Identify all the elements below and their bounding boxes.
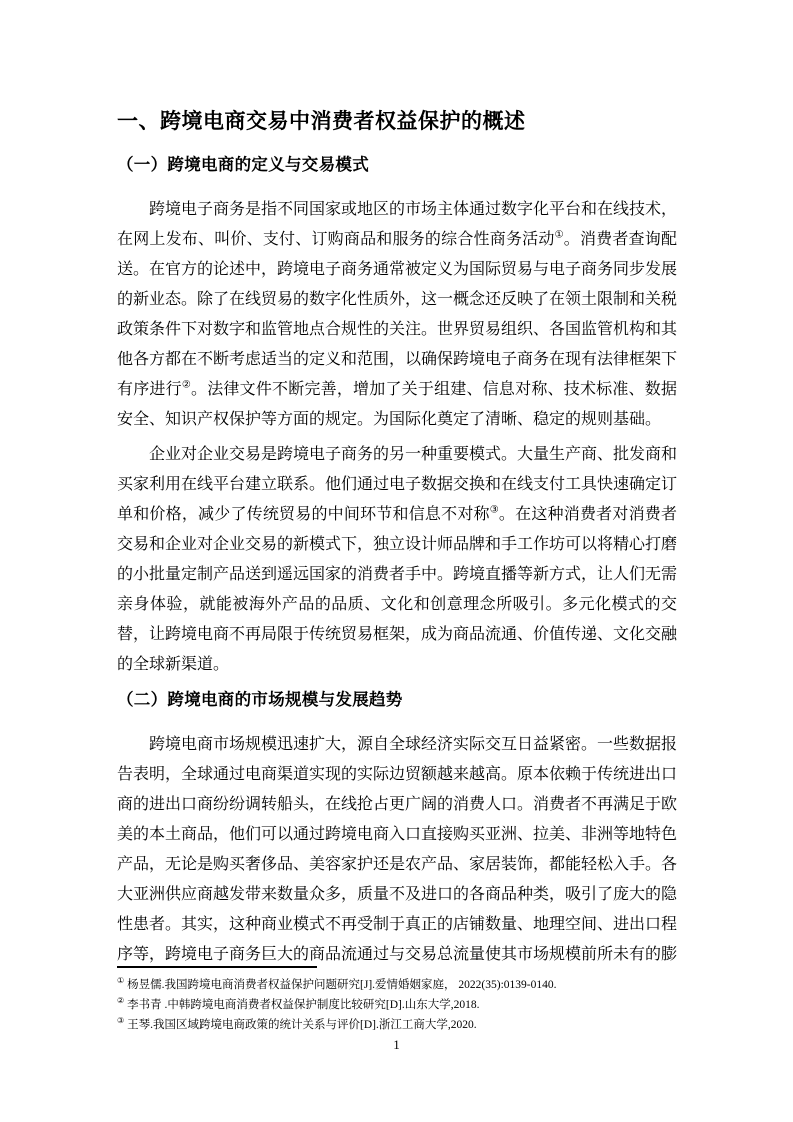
section-heading: （二）跨境电商的市场规模与发展趋势 (117, 689, 677, 712)
footnote-item: ②李书青 .中韩跨境电商消费者权益保护制度比较研究[D].山东大学,2018. (117, 995, 677, 1015)
document-page: 一、跨境电商交易中消费者权益保护的概述 （一）跨境电商的定义与交易模式跨境电子商… (0, 0, 793, 1122)
section-heading: （一）跨境电商的定义与交易模式 (117, 154, 677, 177)
body-paragraph: 企业对企业交易是跨境电子商务的另一种重要模式。大量生产商、批发商和买家利用在线平… (117, 440, 677, 680)
footnote-item: ③王琴.我国区域跨境电商政策的统计关系与评价[D].浙江工商大学,2020. (117, 1015, 677, 1035)
footnote-reference: ② (182, 380, 191, 391)
document-body: （一）跨境电商的定义与交易模式跨境电子商务是指不同国家或地区的市场主体通过数字化… (117, 154, 677, 970)
footnote-marker: ① (117, 976, 124, 985)
footnote-separator-rule (117, 966, 317, 968)
footnote-list: ①杨昱儒.我国跨境电商消费者权益保护问题研究[J].爱情婚姻家庭， 2022(3… (117, 975, 677, 1035)
document-title: 一、跨境电商交易中消费者权益保护的概述 (117, 108, 677, 136)
footnote-reference: ① (555, 230, 564, 241)
footnote-area: ①杨昱儒.我国跨境电商消费者权益保护问题研究[J].爱情婚姻家庭， 2022(3… (117, 966, 677, 1035)
footnote-reference: ③ (490, 505, 499, 516)
footnote-marker: ② (117, 996, 124, 1005)
document-content: 一、跨境电商交易中消费者权益保护的概述 （一）跨境电商的定义与交易模式跨境电子商… (117, 108, 677, 975)
footnote-marker: ③ (117, 1016, 124, 1025)
body-paragraph: 跨境电商市场规模迅速扩大，源自全球经济实际交互日益紧密。一些数据报告表明，全球通… (117, 730, 677, 970)
body-paragraph: 跨境电子商务是指不同国家或地区的市场主体通过数字化平台和在线技术，在网上发布、叫… (117, 195, 677, 435)
footnote-item: ①杨昱儒.我国跨境电商消费者权益保护问题研究[J].爱情婚姻家庭， 2022(3… (117, 975, 677, 995)
page-number: 1 (0, 1036, 793, 1054)
